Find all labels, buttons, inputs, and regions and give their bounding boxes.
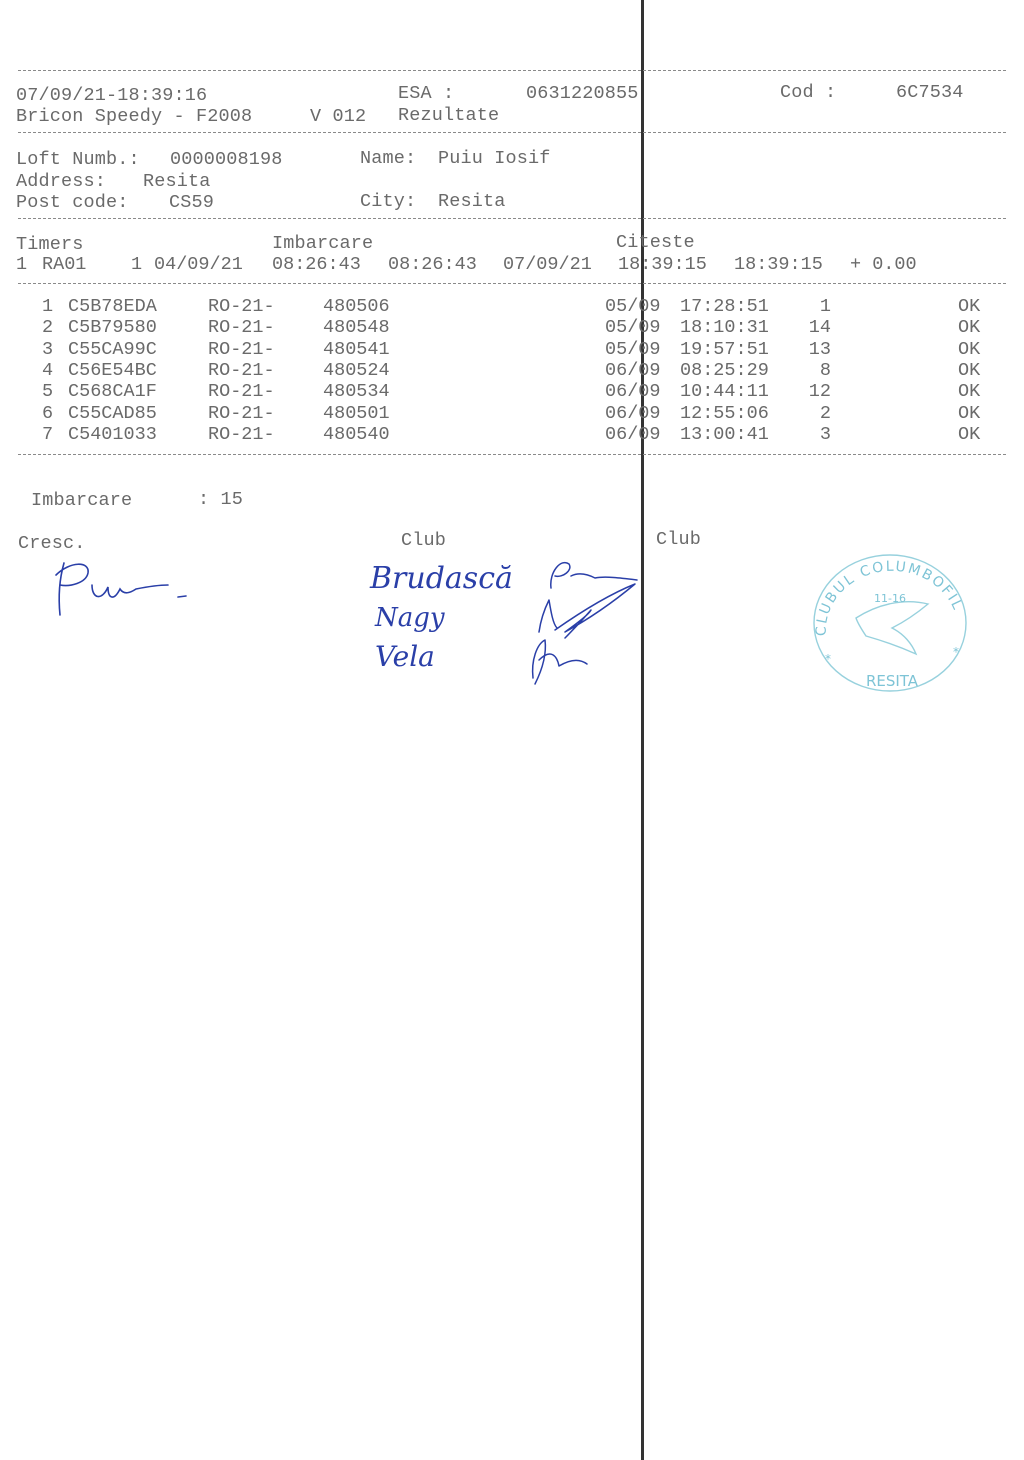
status: OK [958, 296, 980, 317]
fold-line [641, 0, 644, 1460]
club-stamp: 11-16 RESITA * * CLUBUL COLUMBOFIL [808, 548, 973, 698]
table-row: 4C56E54BCRO-21-48052406/0908:25:298OK [0, 360, 1024, 381]
table-row: 7C5401033RO-21-48054006/0913:00:413OK [0, 424, 1024, 445]
esa-label: ESA : [398, 83, 454, 104]
address-label: Address: [16, 171, 106, 192]
ring-number: 480506 [323, 296, 390, 317]
name-value: Puiu Iosif [438, 148, 551, 169]
citeste-time-2: 18:39:15 [734, 254, 823, 275]
chip-id: C56E54BC [68, 360, 157, 381]
city-label: City: [360, 191, 416, 212]
postcode-value: CS59 [169, 192, 214, 213]
status: OK [958, 339, 980, 360]
result-index: 4 [42, 360, 53, 381]
divider [18, 132, 1006, 133]
timer-row: 1 RA01 1 04/09/21 08:26:43 08:26:43 07/0… [0, 254, 1024, 275]
ring-number: 480534 [323, 381, 390, 402]
citeste-time-1: 18:39:15 [618, 254, 707, 275]
arrival-time: 18:10:31 [680, 317, 769, 338]
ring-prefix: RO-21- [208, 360, 275, 381]
table-row: 3C55CA99CRO-21-48054105/0919:57:5113OK [0, 339, 1024, 360]
position: 8 [820, 360, 831, 381]
position: 3 [820, 424, 831, 445]
arrival-time: 13:00:41 [680, 424, 769, 445]
arrival-date: 06/09 [605, 424, 661, 445]
arrival-date: 05/09 [605, 339, 661, 360]
divider [18, 283, 1006, 284]
result-index: 2 [42, 317, 53, 338]
ring-number: 480501 [323, 403, 390, 424]
fancier-signature [50, 555, 200, 625]
table-row: 5C568CA1FRO-21-48053406/0910:44:1112OK [0, 381, 1024, 402]
chip-id: C55CA99C [68, 339, 157, 360]
cresc-label: Cresc. [18, 533, 86, 554]
version: V 012 [310, 106, 366, 127]
result-index: 7 [42, 424, 53, 445]
timer-id: RA01 [42, 254, 86, 275]
ring-number: 480548 [323, 317, 390, 338]
position: 12 [809, 381, 831, 402]
result-index: 3 [42, 339, 53, 360]
city-value: Resita [438, 191, 506, 212]
handwritten-name: Nagy [374, 603, 445, 633]
arrival-time: 12:55:06 [680, 403, 769, 424]
citeste-date: 07/09/21 [503, 254, 592, 275]
loft-label: Loft Numb.: [16, 149, 140, 170]
stamp-city: RESITA [866, 672, 919, 690]
imbarcare-time-2: 08:26:43 [388, 254, 477, 275]
table-row: 1C5B78EDARO-21-48050605/0917:28:511OK [0, 296, 1024, 317]
chip-id: C5401033 [68, 424, 157, 445]
arrival-date: 06/09 [605, 403, 661, 424]
handwritten-name: Vela [375, 640, 435, 673]
chip-id: C5B79580 [68, 317, 157, 338]
status: OK [958, 317, 980, 338]
stamp-code: 11-16 [874, 592, 906, 605]
result-index: 5 [42, 381, 53, 402]
chip-id: C55CAD85 [68, 403, 157, 424]
status: OK [958, 381, 980, 402]
result-index: 1 [42, 296, 53, 317]
position: 1 [820, 296, 831, 317]
ring-prefix: RO-21- [208, 317, 275, 338]
status: OK [958, 360, 980, 381]
ring-prefix: RO-21- [208, 403, 275, 424]
cod-value: 6C7534 [896, 82, 964, 103]
summary-imbarcare-label: Imbarcare [31, 490, 132, 511]
position: 13 [809, 339, 831, 360]
status: OK [958, 424, 980, 445]
status: OK [958, 403, 980, 424]
table-row: 2C5B79580RO-21-48054805/0918:10:3114OK [0, 317, 1024, 338]
ring-prefix: RO-21- [208, 381, 275, 402]
arrival-date: 05/09 [605, 317, 661, 338]
address-value: Resita [143, 171, 211, 192]
ring-prefix: RO-21- [208, 339, 275, 360]
arrival-date: 06/09 [605, 360, 661, 381]
chip-id: C568CA1F [68, 381, 157, 402]
name-label: Name: [360, 148, 416, 169]
imbarcare-date: 04/09/21 [154, 254, 243, 275]
imbarcare-column-label: Imbarcare [272, 233, 373, 254]
position: 14 [809, 317, 831, 338]
ring-number: 480541 [323, 339, 390, 360]
club-signatures: Brudască Nagy Vela [365, 548, 645, 693]
ring-number: 480540 [323, 424, 390, 445]
arrival-date: 05/09 [605, 296, 661, 317]
report-type: Rezultate [398, 105, 499, 126]
arrival-time: 08:25:29 [680, 360, 769, 381]
summary-imbarcare-value: : 15 [198, 489, 243, 510]
esa-value: 0631220855 [526, 83, 639, 104]
postcode-label: Post code: [16, 192, 129, 213]
timers-label: Timers [16, 234, 84, 255]
ring-number: 480524 [323, 360, 390, 381]
loft-value: 0000008198 [170, 149, 283, 170]
club-label-2: Club [656, 529, 701, 550]
timer-count: 1 [131, 254, 142, 275]
arrival-time: 10:44:11 [680, 381, 769, 402]
citeste-column-label: Citeste [616, 232, 695, 253]
arrival-time: 17:28:51 [680, 296, 769, 317]
arrival-date: 06/09 [605, 381, 661, 402]
result-index: 6 [42, 403, 53, 424]
position: 2 [820, 403, 831, 424]
arrival-time: 19:57:51 [680, 339, 769, 360]
table-row: 6C55CAD85RO-21-48050106/0912:55:062OK [0, 403, 1024, 424]
clock-deviation: + 0.00 [850, 254, 917, 275]
handwritten-name: Brudască [369, 561, 513, 596]
divider [18, 454, 1006, 455]
chip-id: C5B78EDA [68, 296, 157, 317]
svg-text:*: * [953, 645, 959, 659]
svg-text:*: * [825, 652, 831, 666]
imbarcare-time-1: 08:26:43 [272, 254, 361, 275]
ring-prefix: RO-21- [208, 296, 275, 317]
cod-label: Cod : [780, 82, 836, 103]
print-datetime: 07/09/21-18:39:16 [16, 85, 207, 106]
ring-prefix: RO-21- [208, 424, 275, 445]
timer-index: 1 [16, 254, 27, 275]
divider [18, 70, 1006, 71]
divider [18, 218, 1006, 219]
product-name: Bricon Speedy - F2008 [16, 106, 252, 127]
